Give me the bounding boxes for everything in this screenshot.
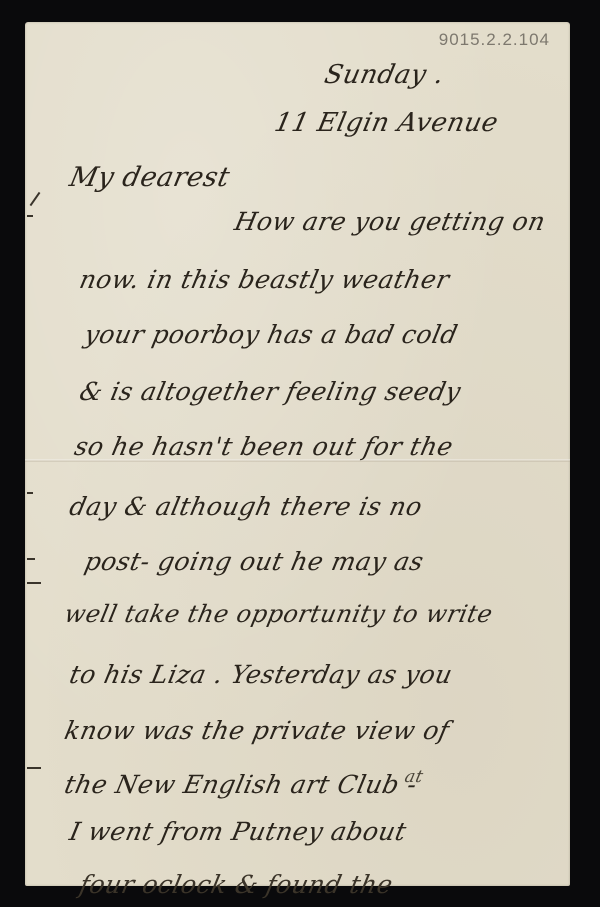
letter-salutation: My dearest — [67, 162, 233, 193]
letter-page: 9015.2.2.104 Sunday . 11 Elgin Avenue My… — [25, 22, 570, 886]
letter-line: four oclock & found the — [77, 870, 396, 899]
letter-line: so he hasn't been out for the — [72, 432, 456, 461]
letter-line: the New English art Club - — [62, 770, 420, 799]
catalog-number: 9015.2.2.104 — [439, 30, 550, 50]
letter-line: day & although there is no — [67, 492, 425, 521]
letter-line: now. in this beastly weather — [77, 265, 452, 294]
margin-mark — [30, 192, 41, 206]
margin-mark — [27, 767, 41, 769]
letter-line: know was the private view of — [62, 716, 452, 745]
margin-mark — [27, 582, 41, 584]
letter-line: I went from Putney about — [67, 817, 409, 846]
margin-mark — [27, 558, 35, 560]
letter-line: post- going out he may as — [82, 547, 427, 576]
letter-line: How are you getting on — [232, 207, 548, 236]
margin-mark — [27, 215, 33, 217]
letter-day: Sunday . — [322, 60, 447, 90]
margin-mark — [27, 492, 33, 494]
letter-line: to his Liza . Yesterday as you — [67, 660, 455, 689]
letter-line: your poorboy has a bad cold — [82, 320, 461, 349]
letter-insertion: at — [403, 767, 425, 787]
letter-line: & is altogether feeling seedy — [77, 377, 464, 406]
letter-address: 11 Elgin Avenue — [272, 108, 501, 138]
letter-line: well take the opportunity to write — [62, 600, 495, 628]
